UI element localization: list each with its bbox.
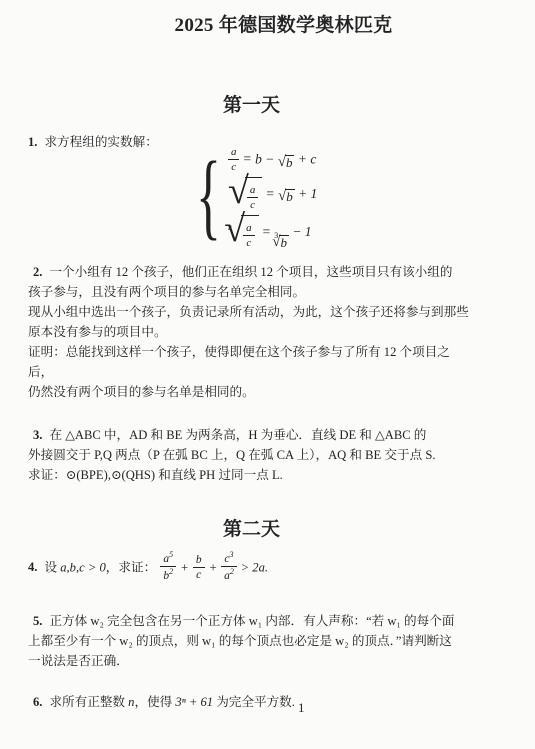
page-number: 1	[298, 698, 305, 718]
fraction-a5-b2: a5b2	[160, 553, 176, 582]
problem-line: 一说法是否正确．	[28, 651, 475, 671]
fraction-c3-a2: c3a2	[221, 553, 236, 582]
equals-sign: =	[262, 186, 278, 201]
problem-line: 6.求所有正整数 n，使得 3ⁿ + 61 为完全平方数.	[28, 692, 475, 712]
problem-line: 现从小组中选出一个孩子，负责记录所有活动，为此，这个孩子还将参与到那些	[28, 302, 475, 322]
equals-sign: =	[239, 151, 255, 166]
plus-operator: +	[177, 560, 192, 574]
problem-line: 仍然没有两个项目的参与名单是相同的。	[28, 382, 475, 402]
section-heading-day2: 第二天	[28, 518, 475, 541]
problem-4: 4.设 a,b,c > 0，求证： a5b2 + bc + c3a2 > 2a.	[28, 553, 475, 598]
problem-line: 原本没有参与的项目中。	[28, 322, 475, 342]
problem-6: 6.求所有正整数 n，使得 3ⁿ + 61 为完全平方数.	[28, 692, 475, 712]
inequality-tail: > 2a.	[238, 560, 269, 574]
problem-3-label: 3.	[33, 428, 42, 442]
equation-1: ac=b − √b + c	[228, 146, 317, 173]
problem-2: 2.一个小组有 12 个孩子，他们正在组织 12 个项目，这些项目只有该小组的 …	[28, 262, 475, 402]
problem-line: 上都至少有一个 w₂ 的顶点，则 w₁ 的每个顶点也必定是 w₂ 的顶点．”请判…	[28, 631, 475, 651]
problem-2-label: 2.	[33, 265, 42, 279]
sqrt-b: √b	[278, 189, 295, 204]
sqrt-b: √b	[278, 155, 295, 170]
equation-3: 4√ac=3√b − 1	[228, 215, 317, 250]
system-brace: {	[196, 150, 221, 246]
plus-operator: +	[206, 560, 221, 574]
fraction-a-c: ac	[228, 146, 240, 173]
root-index: 4	[228, 224, 232, 232]
problem-line: 孩子参与，且没有两个项目的参与名单完全相同。	[28, 282, 475, 302]
problem-line: 5.正方体 w₂ 完全包含在另一个正方体 w₁ 内部．有人声称：“若 w₁ 的每…	[28, 611, 475, 631]
fraction-b-c: bc	[193, 554, 205, 581]
problem-3: 3.在 △ABC 中，AD 和 BE 为两条高，H 为垂心．直线 DE 和 △A…	[28, 425, 475, 485]
problem-5: 5.正方体 w₂ 完全包含在另一个正方体 w₁ 内部．有人声称：“若 w₁ 的每…	[28, 611, 475, 671]
problem-1-text: 求方程组的实数解：	[44, 135, 157, 149]
equation-2: √ac=√b + 1	[228, 177, 317, 211]
radical-sign: √	[228, 174, 249, 208]
root-index: 3	[274, 232, 278, 240]
fourth-root-fraction: 4√ac	[228, 215, 259, 249]
document-page: 2025 年德国数学奥林匹克 第一天 1.求方程组的实数解： { ac=b − …	[0, 0, 535, 749]
problem-5-label: 5.	[33, 614, 42, 628]
document-title: 2025 年德国数学奥林匹克	[16, 0, 535, 37]
equation-system: { ac=b − √b + c √ac=√b + 1 4√ac=3√b − 1	[196, 150, 535, 246]
problem-line: 外接圆交于 P,Q 两点（P 在弧 BC 上，Q 在弧 CA 上），AQ 和 B…	[28, 445, 475, 465]
equation-column: ac=b − √b + c √ac=√b + 1 4√ac=3√b − 1	[228, 144, 317, 252]
problem-line: 3.在 △ABC 中，AD 和 BE 为两条高，H 为垂心．直线 DE 和 △A…	[28, 425, 475, 445]
problem-line: 求证：⊙(BPE),⊙(QHS) 和直线 PH 过同一点 L.	[28, 465, 475, 485]
problem-line: 证明：总能找到这样一个孩子，使得即便在这个孩子参与了所有 12 个项目之后，	[28, 342, 475, 382]
problem-6-label: 6.	[33, 695, 42, 709]
cube-root-b: 3√b	[274, 235, 289, 250]
problem-4-label: 4.	[28, 560, 37, 574]
section-heading-day1: 第一天	[28, 94, 475, 117]
sqrt-fraction: √ac	[228, 177, 262, 211]
problem-1-label: 1.	[28, 135, 37, 149]
problem-line: 2.一个小组有 12 个孩子，他们正在组织 12 个项目，这些项目只有该小组的	[28, 262, 475, 282]
